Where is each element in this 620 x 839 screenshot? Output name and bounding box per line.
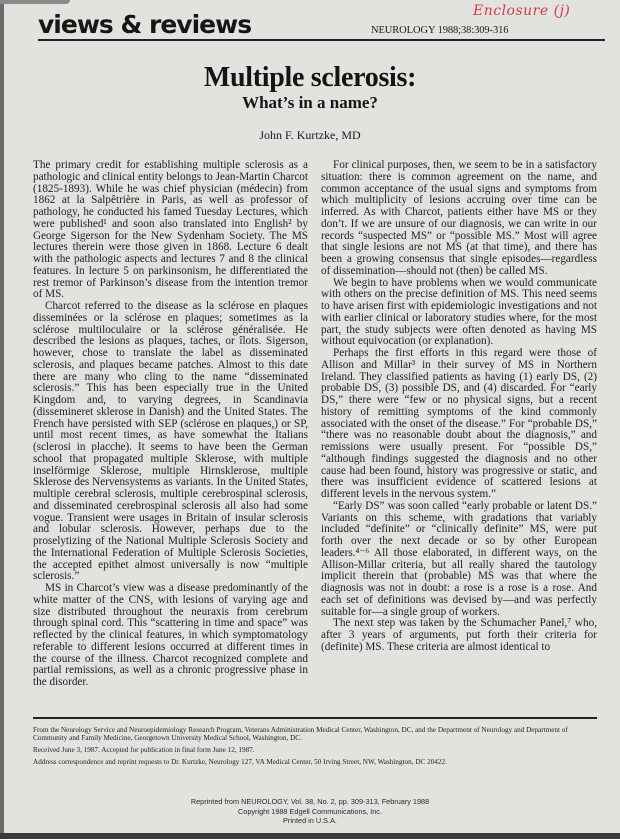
section-label: views & reviews (38, 10, 251, 39)
body-column-right: For clinical purposes, then, we seem to … (321, 160, 597, 654)
journal-reference: NEUROLOGY 1988;38:309-316 (371, 25, 508, 36)
header-divider (38, 39, 605, 41)
paragraph: Charcot referred to the disease as la sc… (33, 301, 308, 583)
reprint-notice: Reprinted from NEUROLOGY, Vol. 38, No. 2… (0, 797, 620, 826)
footnote-received: Received June 3, 1987. Accepted for publ… (33, 746, 597, 754)
paragraph: Perhaps the first efforts in this regard… (321, 348, 597, 501)
paragraph: MS in Charcot’s view was a disease predo… (33, 583, 308, 689)
article-subtitle: What’s in a name? (0, 93, 620, 113)
article-author: John F. Kurtzke, MD (0, 128, 620, 143)
paragraph: For clinical purposes, then, we seem to … (321, 160, 597, 278)
handwritten-annotation: Enclosure (j) (473, 3, 570, 19)
footnotes: From the Neurology Service and Neuroepid… (33, 726, 597, 770)
footnote-divider (33, 717, 597, 719)
body-column-left: The primary credit for establishing mult… (33, 160, 308, 689)
paragraph: “Early DS” was soon called “early probab… (321, 501, 597, 619)
scan-shadow (0, 0, 70, 4)
reprint-printed: Printed in U.S.A. (0, 816, 620, 826)
paragraph: The primary credit for establishing mult… (33, 160, 308, 301)
scan-bottom-edge (0, 833, 620, 839)
paragraph: We begin to have problems when we would … (321, 278, 597, 349)
paragraph: The next step was taken by the Schumache… (321, 618, 597, 653)
article-title: Multiple sclerosis: (0, 62, 620, 94)
footnote-affiliation: From the Neurology Service and Neuroepid… (33, 726, 597, 743)
footnote-correspondence: Address correspondence and reprint reque… (33, 758, 597, 766)
reprint-source: Reprinted from NEUROLOGY, Vol. 38, No. 2… (0, 797, 620, 807)
reprint-copyright: Copyright 1988 Edgell Communications, In… (0, 807, 620, 817)
